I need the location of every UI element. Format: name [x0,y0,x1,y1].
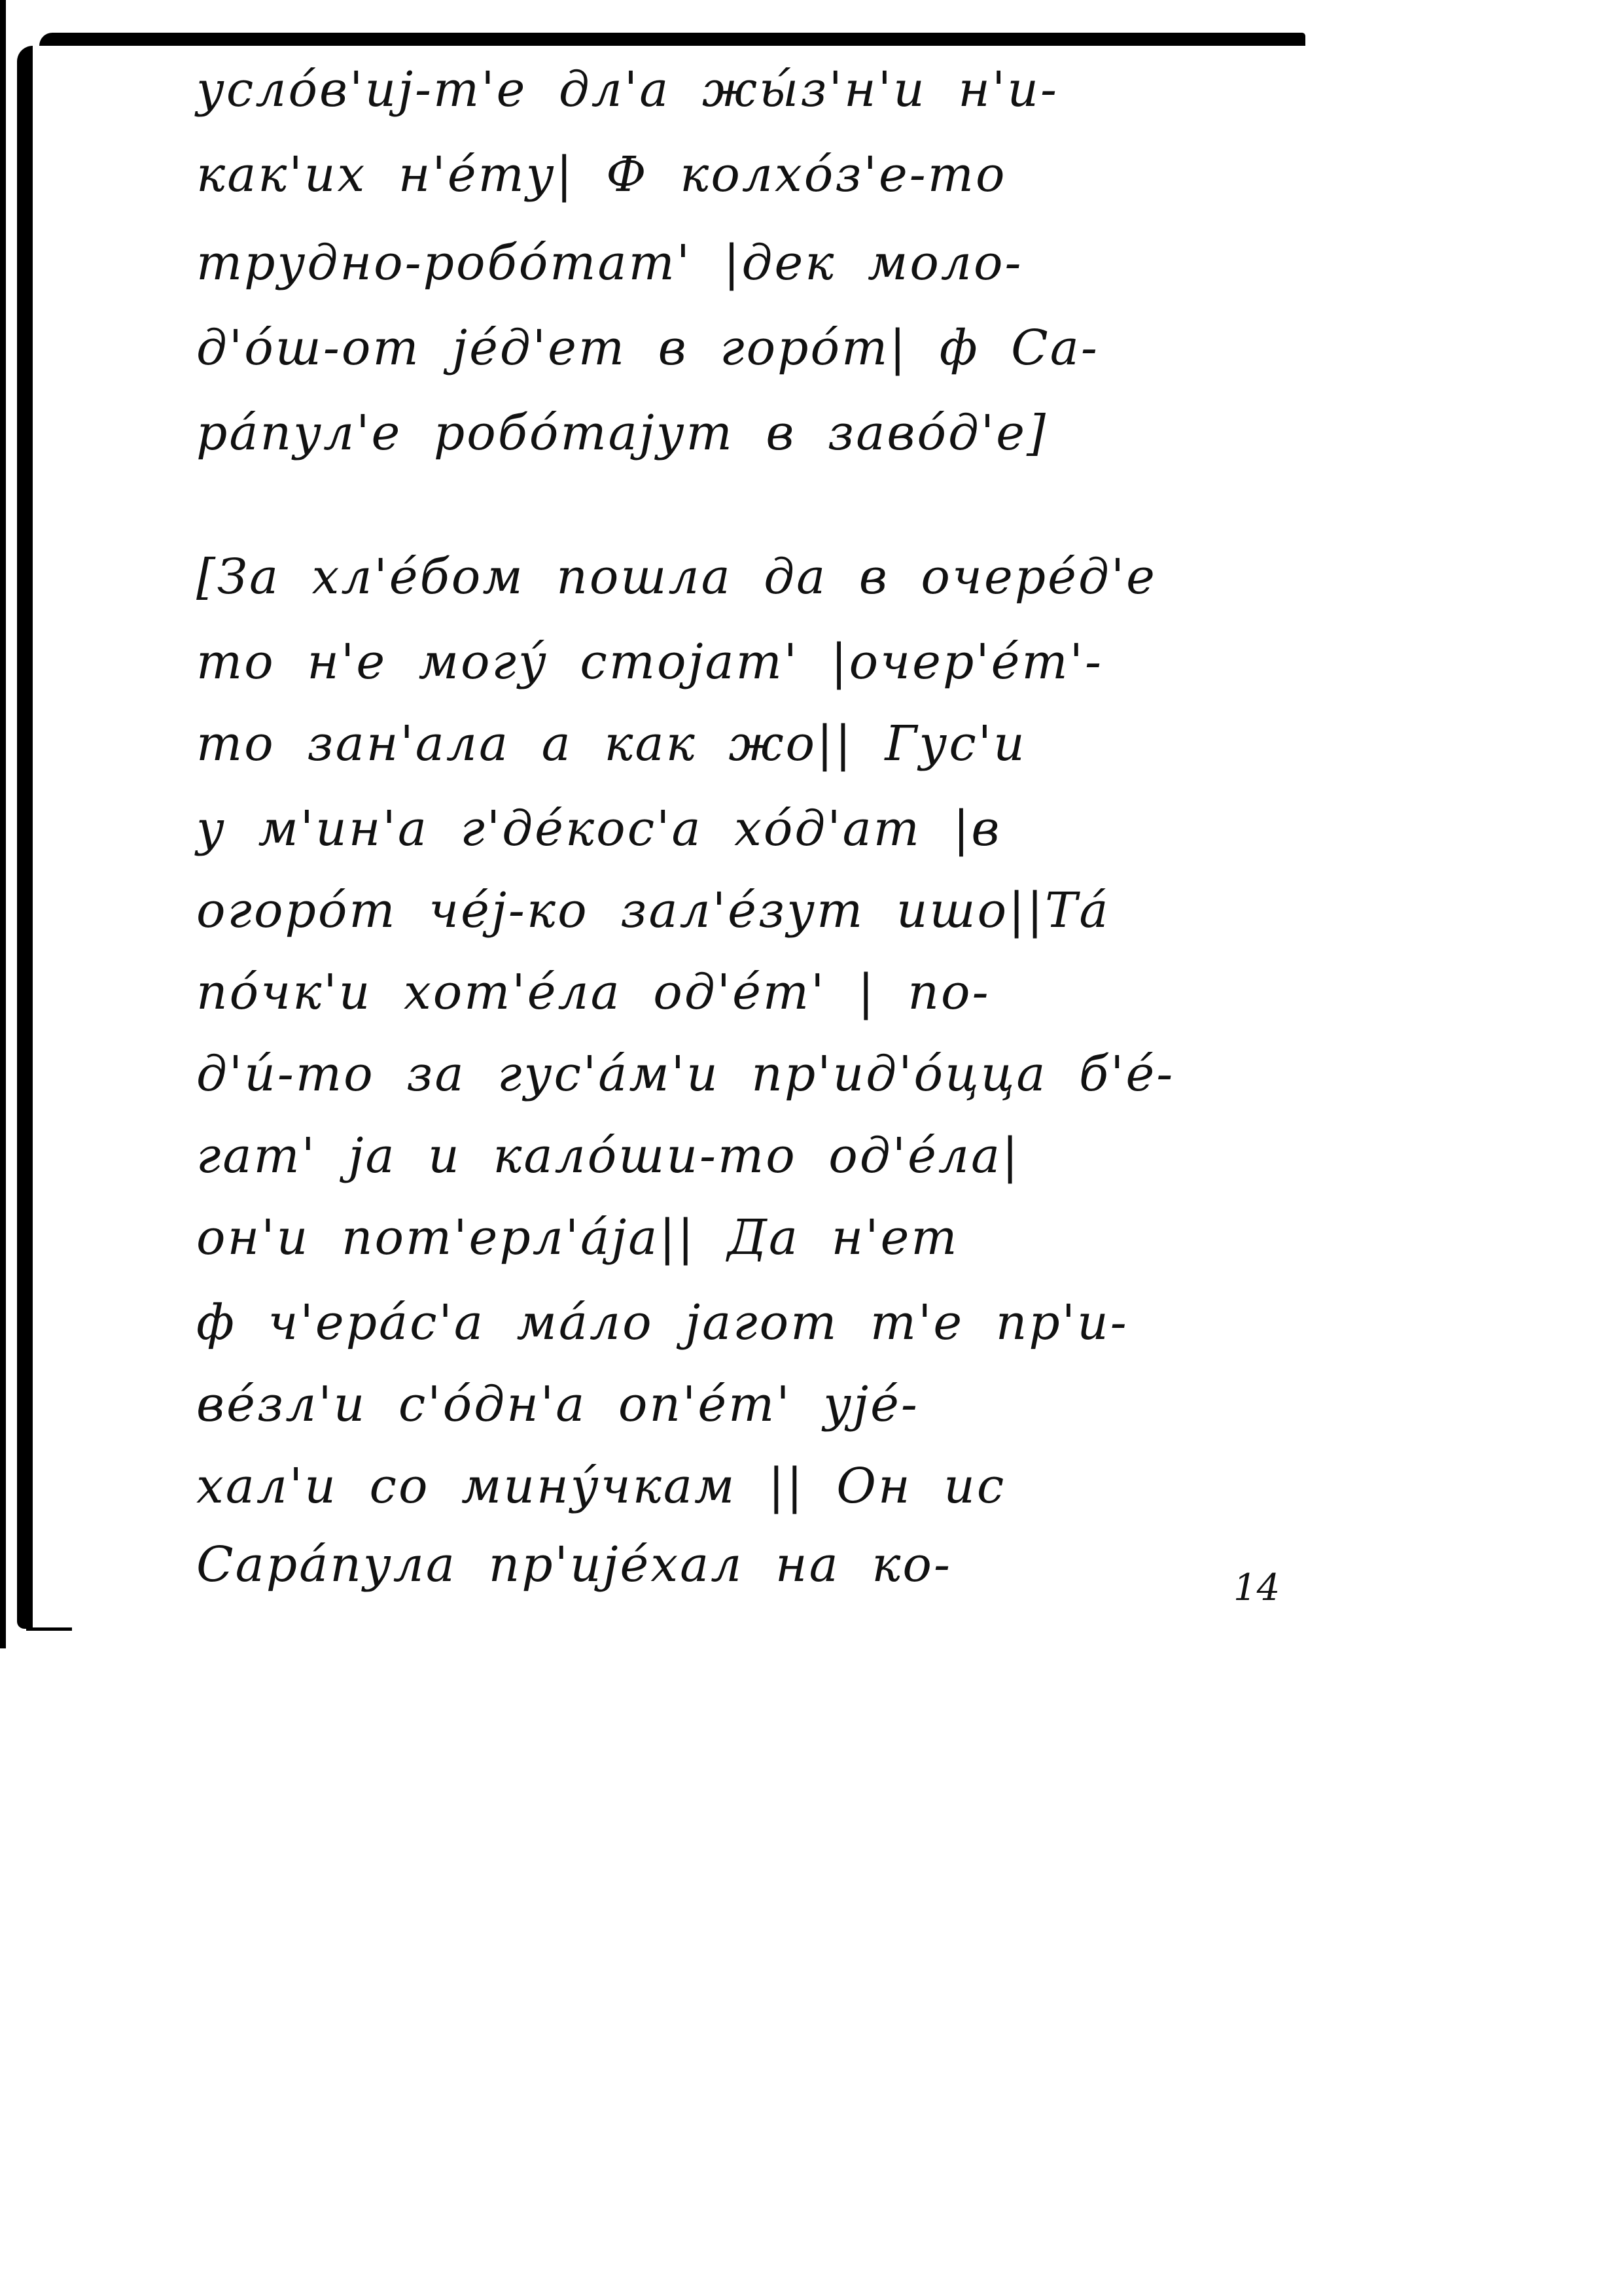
text-line: ра́пул'е робо́таjут в заво́д'е] [196,409,1309,457]
text-line: хал'и со мину́чкам || Он ис [196,1462,1309,1510]
text-line: ве́зл'и с'о́дн'а оп'е́т' уjе́- [196,1380,1309,1429]
text-line: как'их н'е́ту| Ф колхо́з'е-то [196,150,1309,199]
text-line: то н'е могу́ стоjат' |очер'е́т'- [196,638,1309,686]
text-line: Сара́пула пр'иjе́хал на ко- [196,1540,1309,1589]
binding-border-left [17,46,33,1629]
text-line: гат' jа и кало́ши-то од'е́ла| [196,1132,1309,1180]
text-line: по́чк'и хот'е́ла од'е́т' | по- [196,968,1309,1017]
text-line: он'и пот'ерл'а́jа|| Да н'ет [196,1213,1309,1262]
text-line: ф ч'ера́с'а ма́ло jагот т'е пр'и- [196,1298,1309,1347]
text-line: д'и́-то за гус'а́м'и пр'ид'о́цца б'е́- [196,1050,1309,1098]
text-line: огоро́т че́j-ко зал'е́зут ишо||Та́ [196,886,1309,935]
text-line: у м'ин'а г'де́кос'а хо́д'ат |в [196,805,1309,853]
text-line: [За хл'е́бом пошла да в очере́д'е [196,553,1309,601]
scanned-page: усло́в'иj-т'е дл'а жы́з'н'и н'и- как'их … [0,0,1607,2296]
page-number: 14 [1233,1567,1280,1609]
text-line: усло́в'иj-т'е дл'а жы́з'н'и н'и- [196,65,1309,114]
text-line: то зан'ала а как жо|| Гус'и [196,720,1309,768]
binding-border-top [39,33,1305,46]
binding-border-foot [26,1627,72,1631]
scan-edge-line [0,0,6,1648]
text-line: трудно-робо́тат' |дек моло- [196,239,1309,287]
text-line: д'о́ш-от jе́д'ет в горо́т| ф Са- [196,324,1309,372]
